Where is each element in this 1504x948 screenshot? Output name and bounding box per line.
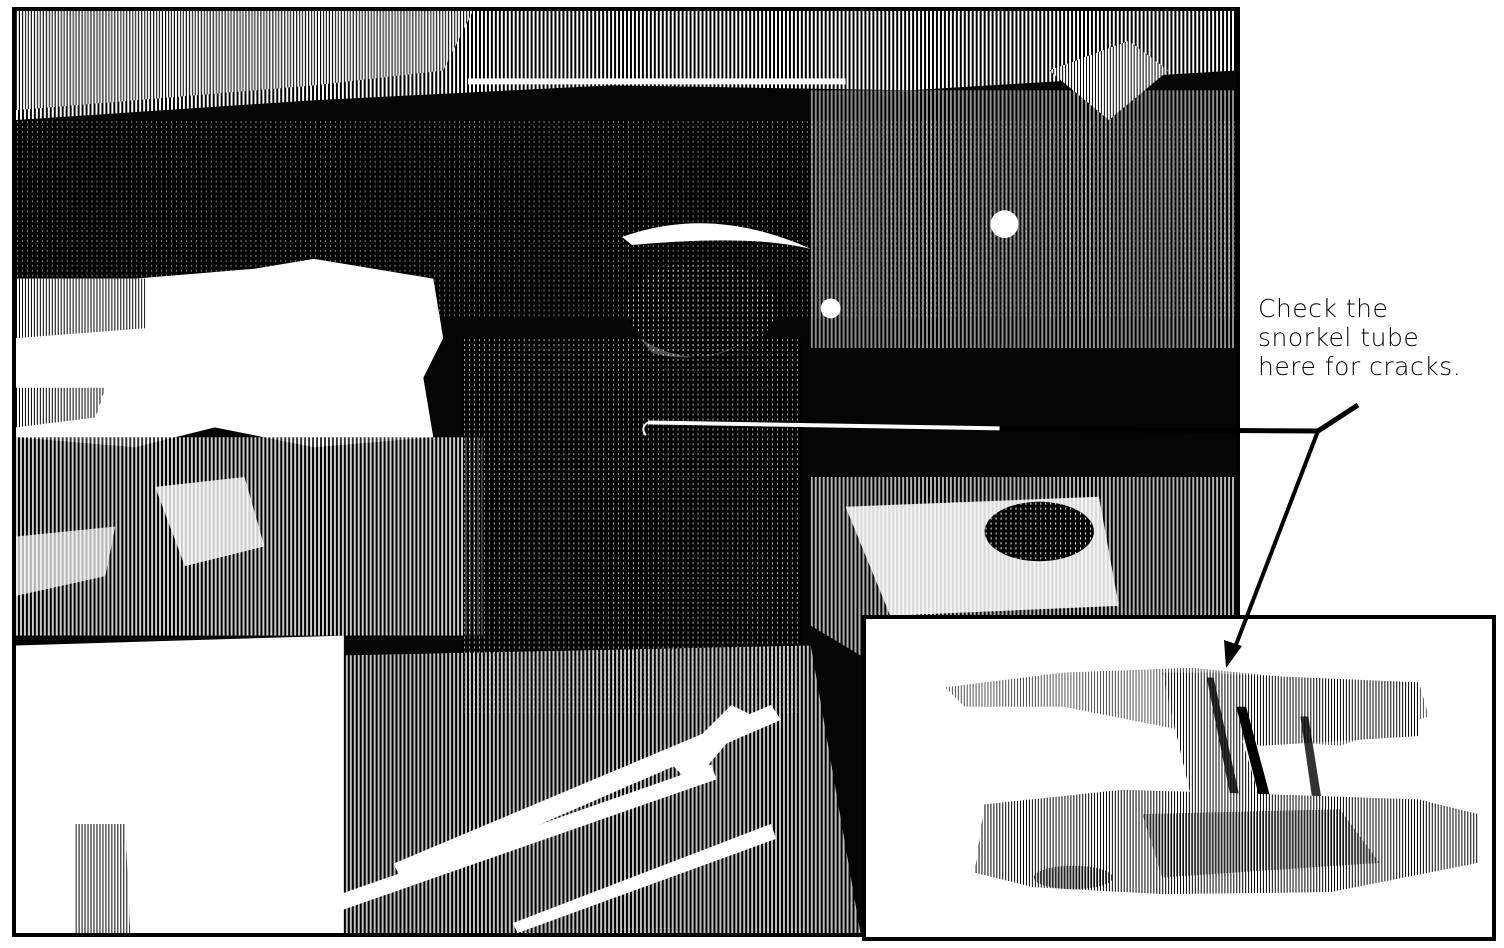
leader-to-text-line bbox=[1318, 405, 1358, 431]
snorkel-tube-inset-photo bbox=[862, 615, 1496, 941]
callout-line-2: snorkel tube bbox=[1258, 323, 1504, 352]
snorkel-tube-halftone bbox=[866, 619, 1492, 937]
callout-line-1: Check the bbox=[1258, 294, 1504, 323]
callout-label: Check the snorkel tube here for cracks. bbox=[1258, 294, 1504, 381]
callout-line-3: here for cracks. bbox=[1258, 352, 1504, 381]
